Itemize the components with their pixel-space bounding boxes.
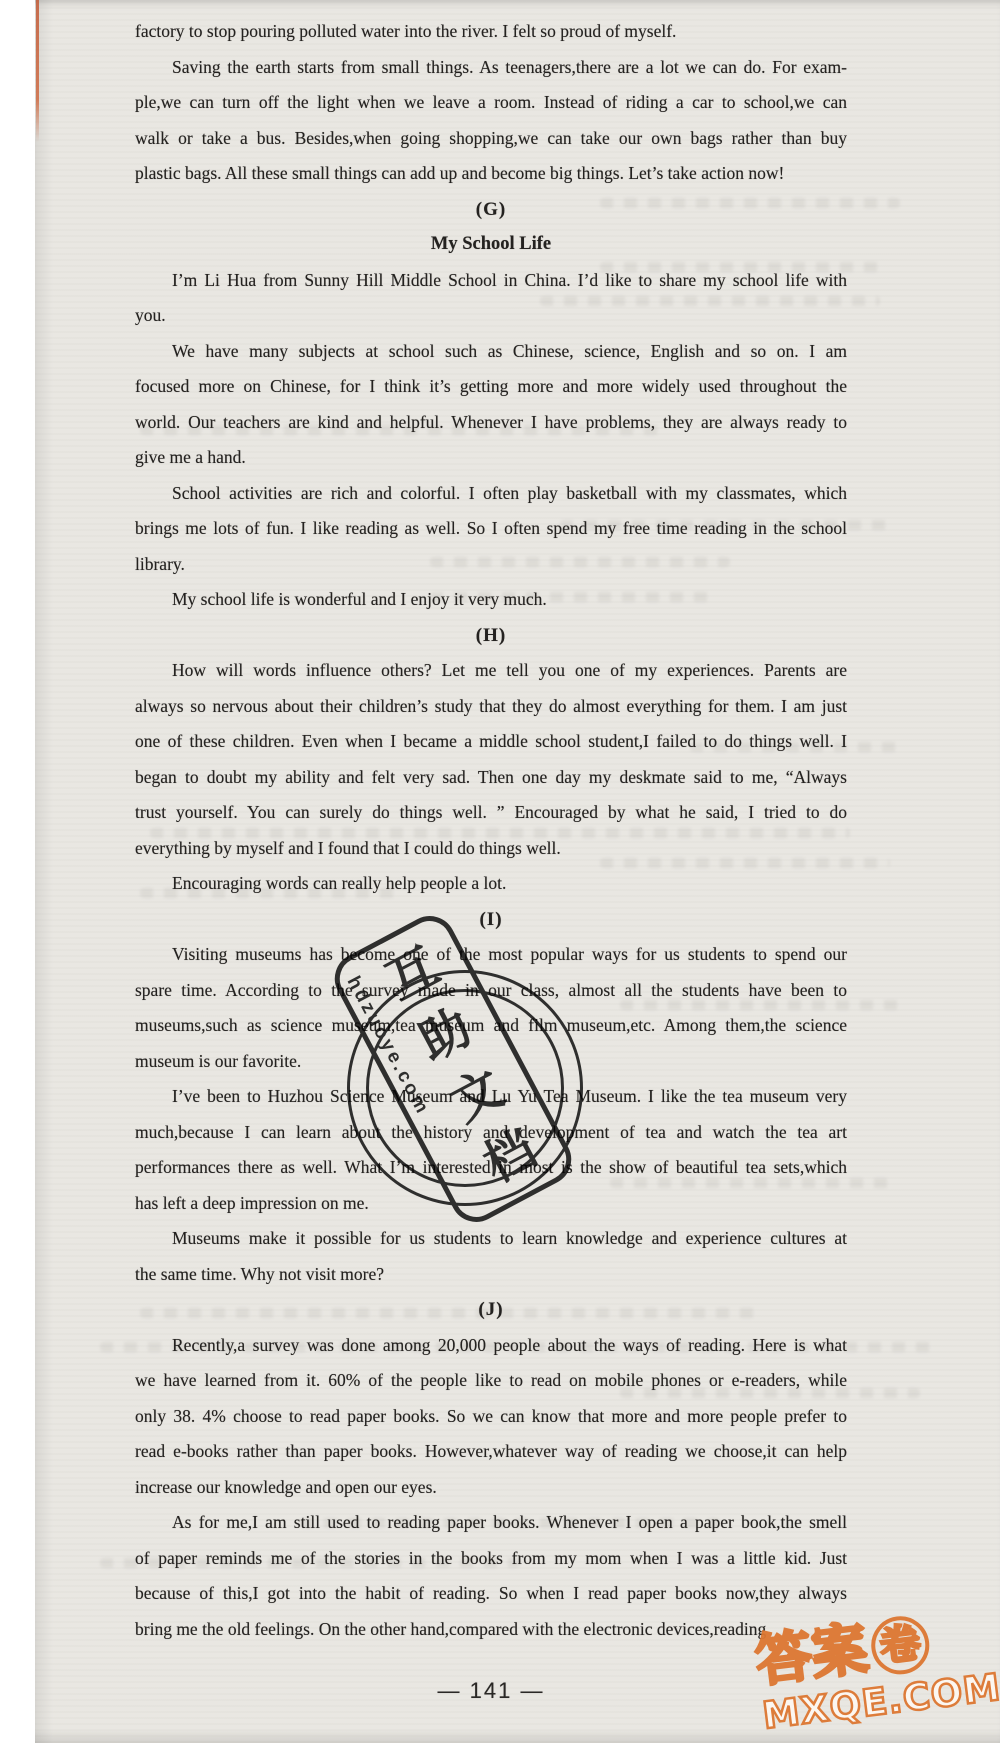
text-line: ple,we can turn off the light when we le…	[135, 85, 847, 121]
text-line: you.	[135, 298, 847, 334]
text-line: plastic bags. All these small things can…	[135, 156, 847, 192]
scanned-textbook-page: factory to stop pouring polluted water i…	[0, 0, 1000, 1743]
text-line: Recently,a survey was done among 20,000 …	[135, 1328, 847, 1364]
text-line: Encouraging words can really help people…	[135, 866, 847, 902]
text-line: only 38. 4% choose to read paper books. …	[135, 1399, 847, 1435]
section-heading: (J)	[135, 1292, 847, 1328]
site-watermark-circled-glyph: 卷	[868, 1613, 933, 1678]
text-line: School activities are rich and colorful.…	[135, 476, 847, 512]
text-line: increase our knowledge and open our eyes…	[135, 1470, 847, 1506]
text-line: brings me lots of fun. I like reading as…	[135, 511, 847, 547]
text-line: always so nervous about their children’s…	[135, 689, 847, 725]
text-line: read e-books rather than paper books. Ho…	[135, 1434, 847, 1470]
text-line: everything by myself and I found that I …	[135, 831, 847, 867]
text-line: because of this,I got into the habit of …	[135, 1576, 847, 1612]
text-line: trust yourself. You can surely do things…	[135, 795, 847, 831]
text-line: one of these children. Even when I becam…	[135, 724, 847, 760]
text-line: we have learned from it. 60% of the peop…	[135, 1363, 847, 1399]
text-line: bring me the old feelings. On the other …	[135, 1612, 847, 1648]
text-line: world. Our teachers are kind and helpful…	[135, 405, 847, 441]
section-heading: (G)	[135, 192, 847, 228]
essay-title: My School Life	[135, 227, 847, 263]
ink-stamp-watermark: hdzuoye.com 互 助 文 档	[328, 918, 592, 1223]
text-line: the same time. Why not visit more?	[135, 1257, 847, 1293]
text-line: Saving the earth starts from small thing…	[135, 50, 847, 86]
stamp-character: 档	[476, 1122, 544, 1190]
text-line: walk or take a bus. Besides,when going s…	[135, 121, 847, 157]
stamp-character: 互	[379, 940, 447, 1008]
page-number: — 141 —	[135, 1678, 847, 1704]
section-heading: (H)	[135, 618, 847, 654]
text-line: factory to stop pouring polluted water i…	[135, 14, 847, 50]
stamp-character: 文	[443, 1061, 511, 1129]
text-line: library.	[135, 547, 847, 583]
text-line: of paper reminds me of the stories in th…	[135, 1541, 847, 1577]
text-line: give me a hand.	[135, 440, 847, 476]
text-line: focused more on Chinese, for I think it’…	[135, 369, 847, 405]
essay-text-column: factory to stop pouring polluted water i…	[135, 14, 847, 1647]
text-line: My school life is wonderful and I enjoy …	[135, 582, 847, 618]
text-line: Museums make it possible for us students…	[135, 1221, 847, 1257]
text-line: How will words influence others? Let me …	[135, 653, 847, 689]
red-margin-mark	[36, 0, 39, 142]
text-line: began to doubt my ability and felt very …	[135, 760, 847, 796]
text-line: As for me,I am still used to reading pap…	[135, 1505, 847, 1541]
text-line: I’m Li Hua from Sunny Hill Middle School…	[135, 263, 847, 299]
text-line: We have many subjects at school such as …	[135, 334, 847, 370]
stamp-character: 助	[411, 1001, 479, 1069]
